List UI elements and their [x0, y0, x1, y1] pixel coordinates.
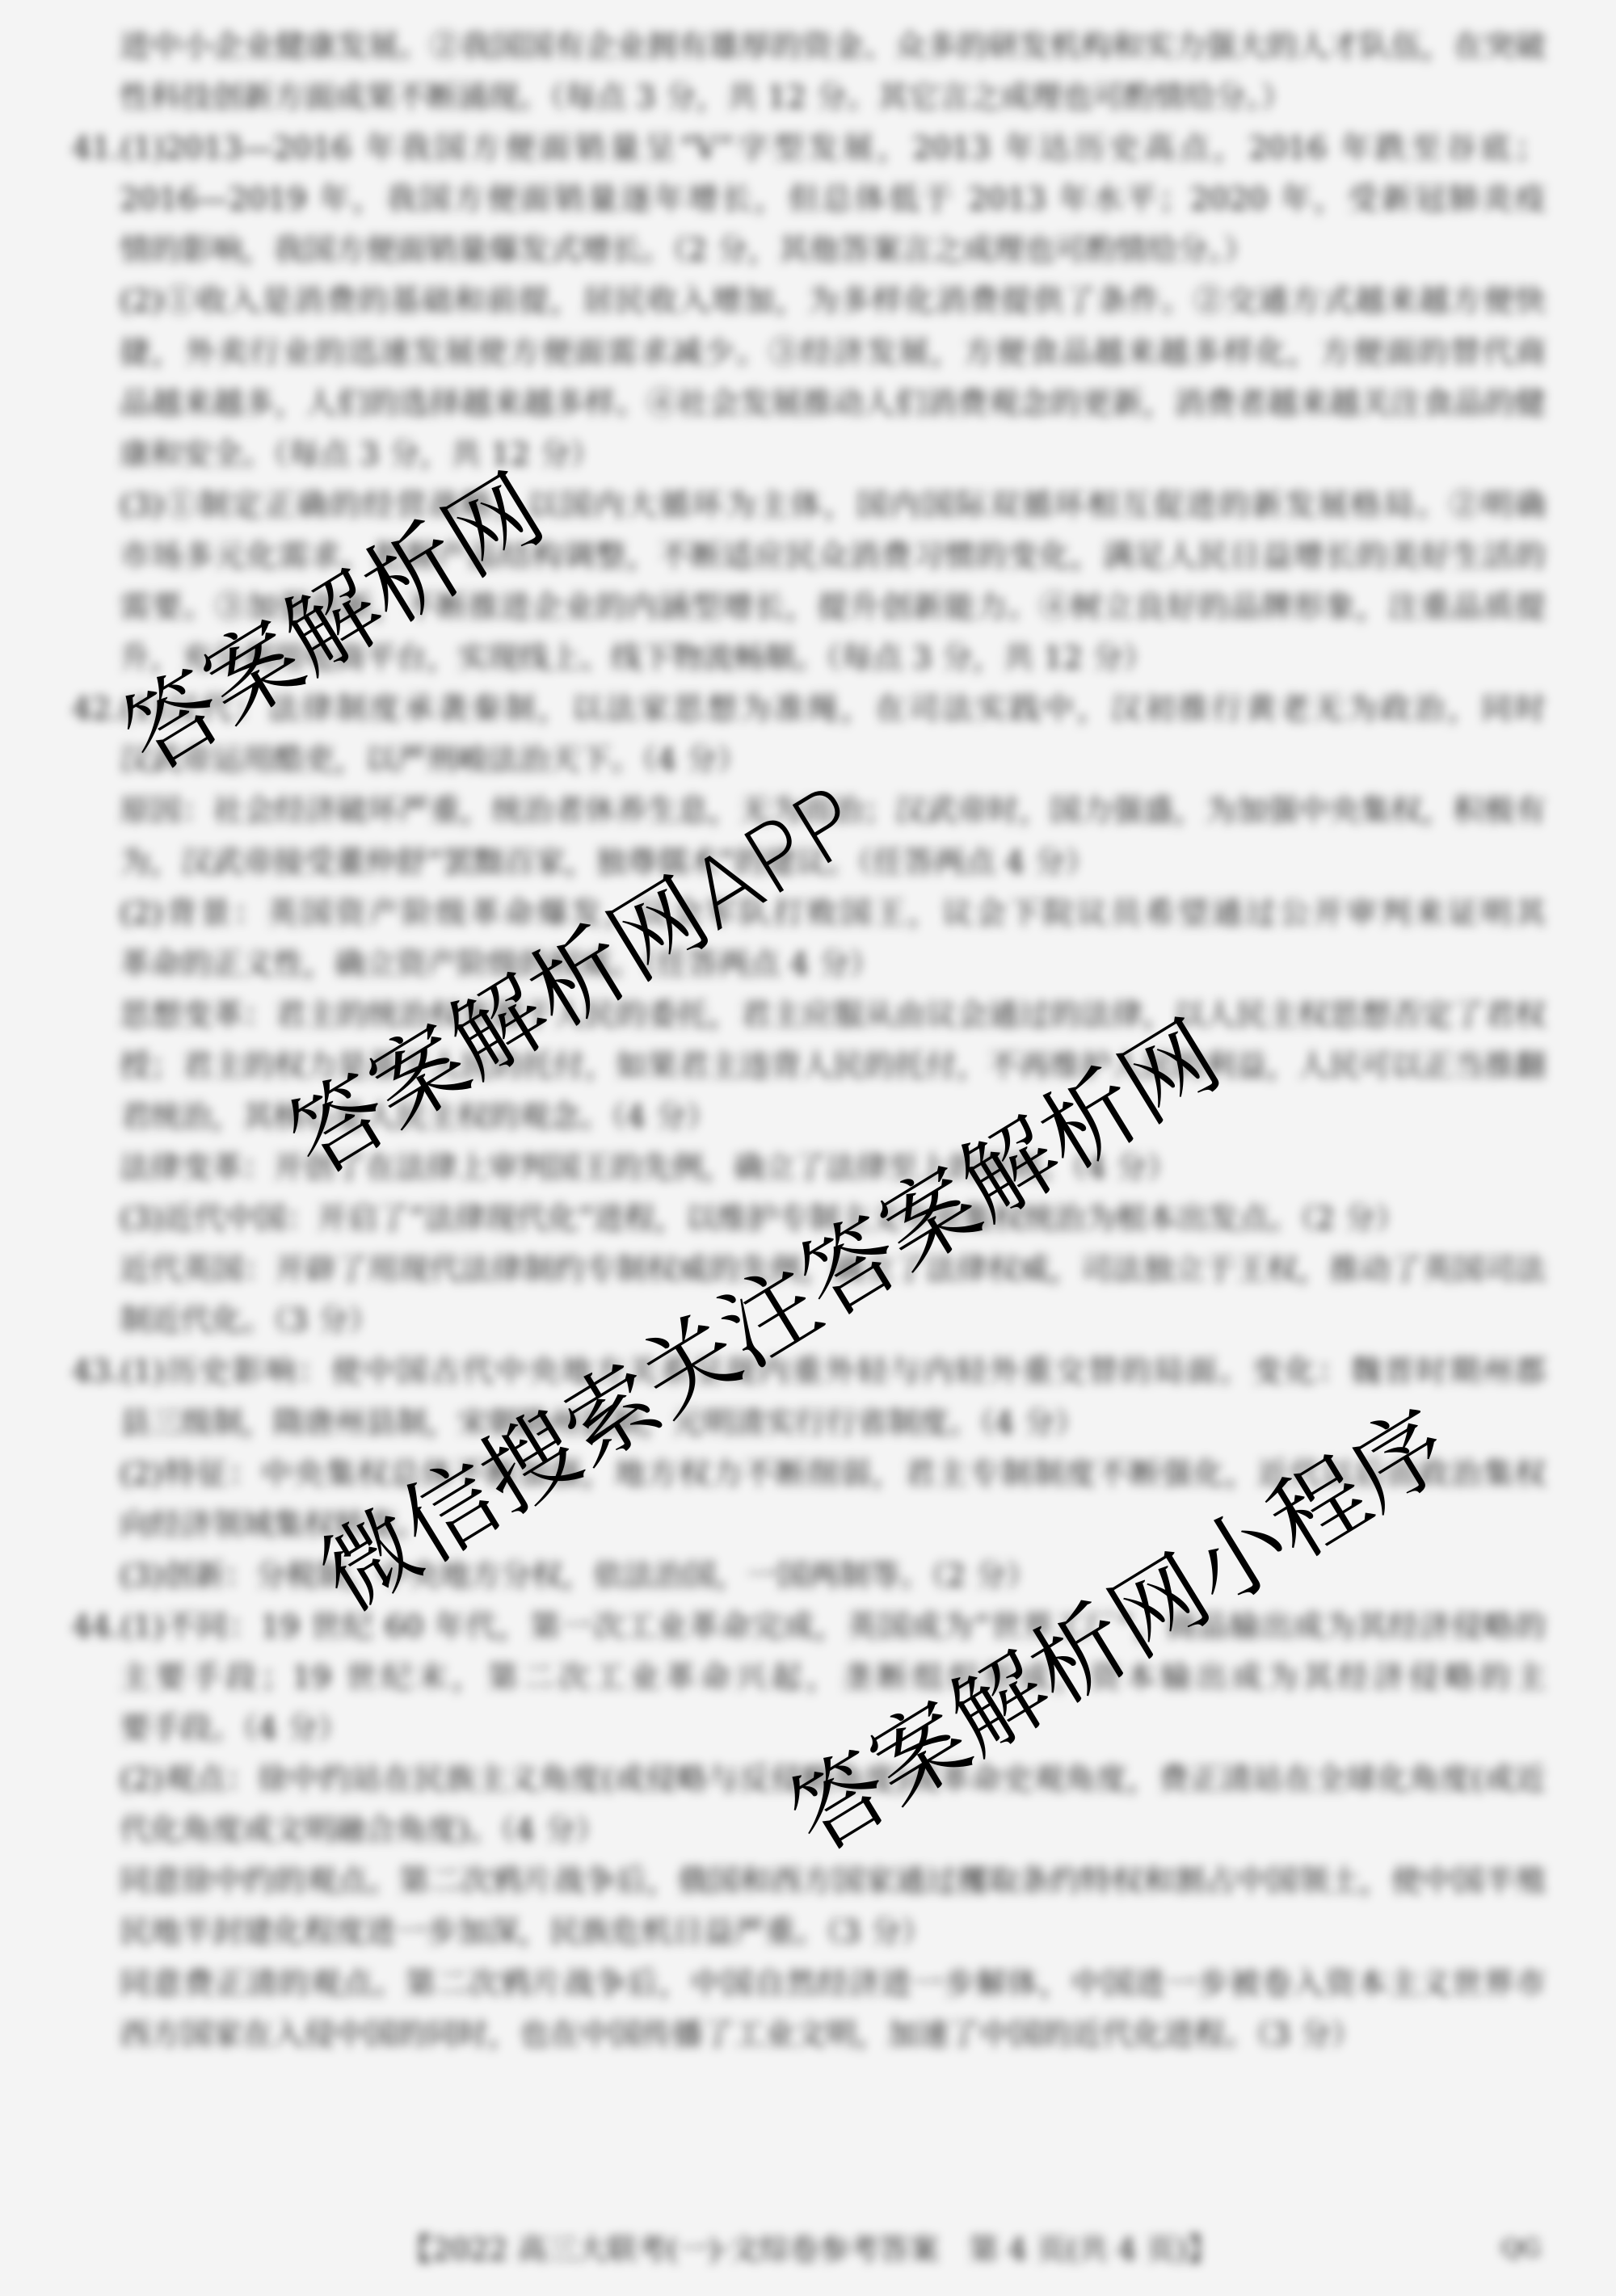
answer-line: 情的影响，我国方便面销量爆发式增长。（2 分，其他答案言之成理也可酌情给分。）	[120, 225, 1546, 275]
footer-code: QG	[1501, 2233, 1541, 2265]
answer-line: 主要手段；19 世纪末，第二次工业革命兴起，垄断组织形成，资本输出成为其经济侵略…	[120, 1652, 1546, 1703]
page-footer: 【2022 高三大联考(一)·文综卷参考答案 第 4 页(共 4 页)】	[0, 2231, 1616, 2269]
answer-line: 性科技创新方面成果不断涌现。（每点 3 分，共 12 分。其它言之成理也可酌情给…	[120, 72, 1546, 123]
answer-line: 同意徐中约的观点。第二次鸦片战争后，俄国和西方国家通过攫取条约特权和割占中国领土…	[120, 1856, 1546, 1907]
answer-line-text: (1)2013—2016 年我国方便面销量呈“V”字型发展，2013 年达历史高…	[120, 130, 1546, 166]
answer-line: 近代英国：开辟了用现代法律制约专制权威的先例，确立了法律权威，司法独立于王权，推…	[120, 1244, 1546, 1295]
question-number: 44.	[72, 1608, 120, 1644]
answer-line: (3)①制定正确的经营战略，以国内大循环为主体，国内国际双循环相互促进的新发展格…	[120, 480, 1546, 531]
answer-document: 进中小企业健康发展。②我国国有企业拥有雄厚的资金、众多的研发机构和实力强大的人才…	[0, 0, 1616, 2296]
answer-line: 捷，外卖行业的迅速发展使方便面需求减少。③经济发展，方便食品越来越多样化，方便面…	[120, 327, 1546, 378]
question-number: 43.	[72, 1353, 120, 1389]
question-42-first-line: 42.(1)汉代：法律制度承袭秦制，以法家思想为准绳，在司法实践中，汉初推行黄老…	[72, 683, 1546, 734]
answer-line: 民地半封建化程度进一步加深，民族危机日益严重。（3 分）	[120, 1907, 1546, 1957]
answer-line-text: (1)不同：19 世纪 60 年代，第一次工业革命完成，英国成为“世界工厂”，商…	[120, 1608, 1546, 1644]
answer-line-text: (1)汉代：法律制度承袭秦制，以法家思想为准绳，在司法实践中，汉初推行黄老无为政…	[120, 691, 1546, 726]
answer-line: 西方国家在入侵中国的同时，也在中国传播了工业文明，加速了中国的近代化进程。（3 …	[120, 2009, 1546, 2060]
answer-line: (2)特征：中央集权总体不断加强，地方权力不断削弱，君主专制制度不断强化，近代以…	[120, 1449, 1546, 1499]
answer-line: 代化角度或文明融合角度)。（4 分）	[120, 1805, 1546, 1856]
answer-line: 康和安全。（每点 3 分，共 12 分）	[120, 429, 1546, 480]
question-number: 41.	[72, 130, 120, 166]
answer-line: 需要。③加强创新，不断推进企业的内涵型增长，提升创新能力。④树立良好的品牌形象，…	[120, 582, 1546, 633]
answer-line: 君统治，其核心是人民主权的观念。（4 分）	[120, 1091, 1546, 1142]
answer-line: 升，充分利用电商平台，实现线上、线下物流畅顺。（每点 3 分，共 12 分）	[120, 633, 1546, 683]
answer-line: (3)近代中国：开启了“法律现代化”进程，以维护专制主义中央集权统治为根本出发点…	[120, 1193, 1546, 1244]
answer-line: 2016—2019 年，我国方便面销量逐年增长，但总体低于 2013 年水平；2…	[120, 174, 1546, 225]
answer-line-text: (1)历史影响：使中国古代中央地方关系呈现内重外轻与内轻外重交替的局面。变化：魏…	[120, 1353, 1546, 1389]
question-41-first-line: 41.(1)2013—2016 年我国方便面销量呈“V”字型发展，2013 年达…	[72, 123, 1546, 174]
answer-line: (2)①收入是消费的基础和前提，居民收入增加，为多样化消费提供了条件。②交通方式…	[120, 275, 1546, 326]
answer-line: 制近代化。（3 分）	[120, 1295, 1546, 1346]
answer-line: 要手段。（4 分）	[120, 1703, 1546, 1754]
answer-line: 法律变革：开创了在法律上审判国王的先例，确立了法律至上的原则。（4 分）	[120, 1142, 1546, 1193]
answer-line: 革命的正义性，确立资产阶级的权威。（任答两点 4 分）	[120, 939, 1546, 990]
answer-line: 为，汉武帝接受董仲舒“罢黜百家，独尊儒术”的建议。（任答两点 4 分）	[120, 837, 1546, 888]
answer-line: 汉武帝运用酷吏，以严刑峻法治天下。（4 分）	[120, 734, 1546, 785]
answer-line: (3)创新：分税制，中央地方分权，依法治国，一国两制等。（2 分）	[120, 1550, 1546, 1601]
answer-line: (2)观点：徐中约站在民族主义角度(或侵略与反侵略角度)或革命史观角度，费正清站…	[120, 1754, 1546, 1805]
question-43-first-line: 43.(1)历史影响：使中国古代中央地方关系呈现内重外轻与内轻外重交替的局面。变…	[72, 1346, 1546, 1397]
answer-line: 品越来越多，人们的选择越来越多样。④社会发展推动人们消费观念的更新，消费者越来越…	[120, 378, 1546, 429]
answer-line: 市场多元化需求，把握产品结构调整，不断适应民众消费习惯的变化，满足人民日益增长的…	[120, 531, 1546, 582]
question-44-first-line: 44.(1)不同：19 世纪 60 年代，第一次工业革命完成，英国成为“世界工厂…	[72, 1601, 1546, 1652]
answer-line: 县三级制，隋唐州县制，宋朝路州县制，元明清实行行省制度。（4 分）	[120, 1398, 1546, 1449]
answer-line: 同意费正清的观点。第二次鸦片战争后，中国自然经济进一步解体，中国进一步被卷入资本…	[120, 1958, 1546, 2009]
answer-line: 授；君主的权力是基于人民的托付，如果君主违背人民的托付，不再维护人民的利益，人民…	[120, 1041, 1546, 1091]
answer-line: 进中小企业健康发展。②我国国有企业拥有雄厚的资金、众多的研发机构和实力强大的人才…	[120, 21, 1546, 72]
answer-line: (2)背景：英国资产阶级革命爆发，议会军队打败国王，议会下院议员希望通过公开审判…	[120, 888, 1546, 939]
question-number: 42.	[72, 691, 120, 726]
answer-line: 原因：社会经济破坏严重，统治者休养生息，无为而治；汉武帝时，国力强盛，为加强中央…	[120, 785, 1546, 836]
answer-body: 进中小企业健康发展。②我国国有企业拥有雄厚的资金、众多的研发机构和实力强大的人才…	[0, 21, 1616, 2060]
answer-line: 思想变革：君主的统治权来源于人民的委托，君主应服从由议会通过的法律，以人民主权思…	[120, 990, 1546, 1041]
answer-line: 向经济领域集权转变。	[120, 1499, 1546, 1550]
